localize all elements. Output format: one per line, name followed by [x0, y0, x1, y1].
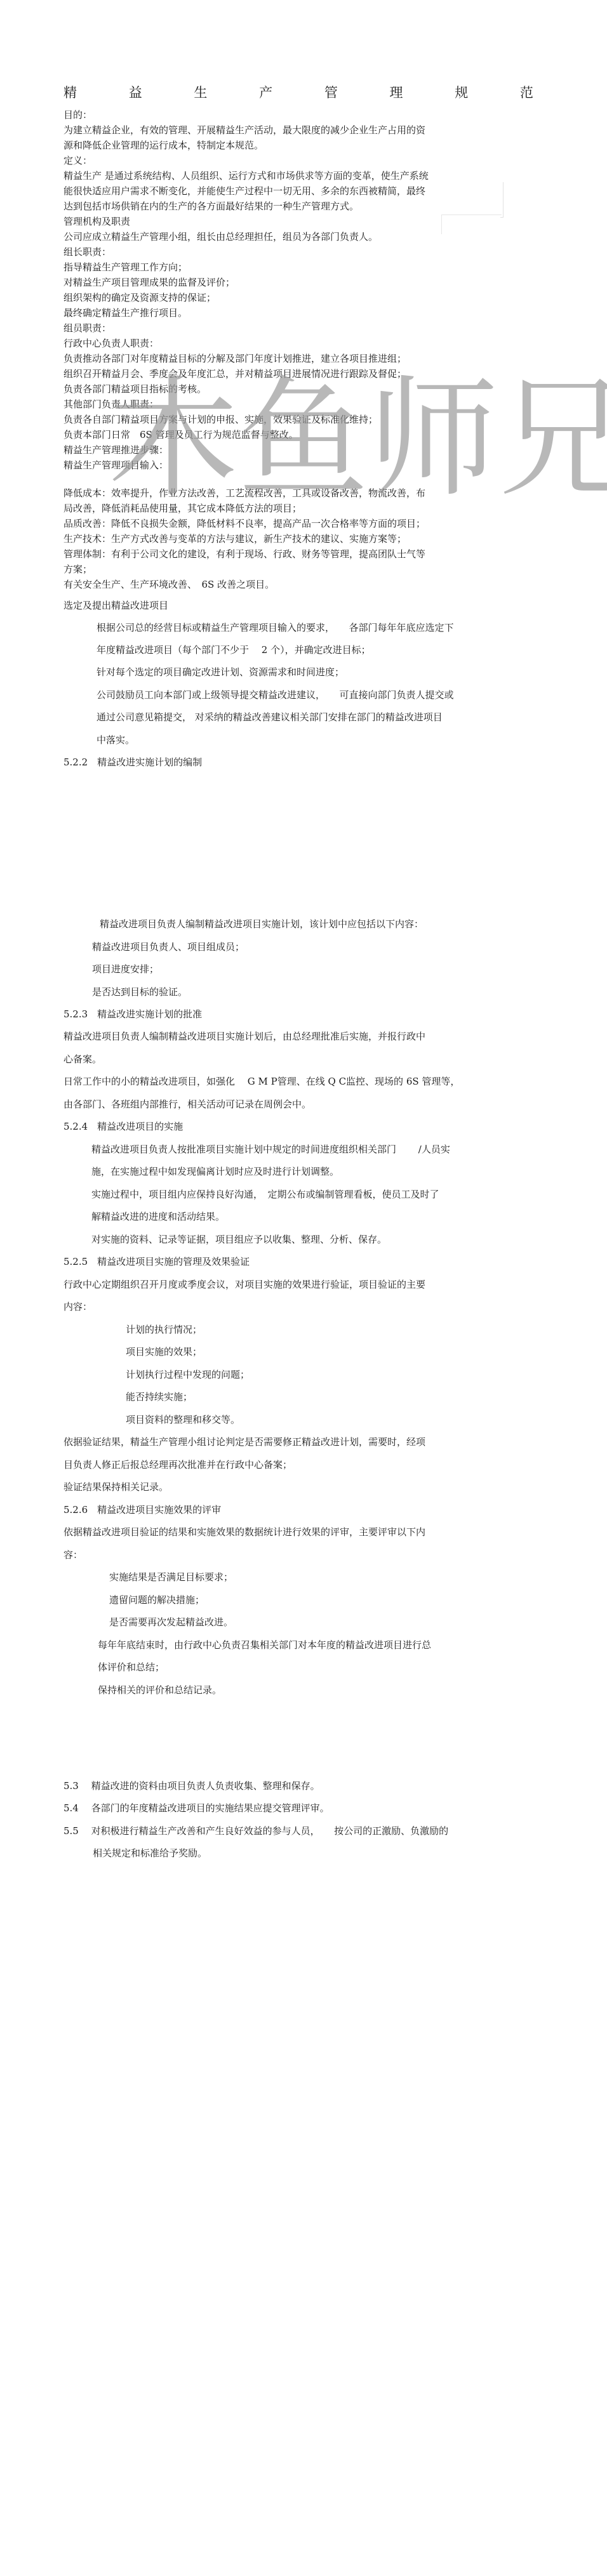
title-char: 产 — [259, 83, 272, 102]
text-line: 通过公司意见箱提交， 对采纳的精益改善建议相关部门安排在部门的精益改进项目 — [97, 711, 443, 723]
title-char: 规 — [455, 83, 468, 102]
text-line: 心备案。 — [63, 1053, 102, 1066]
text-line: 负责各部门精益项目指标的考核。 — [63, 383, 206, 395]
text-line: 容： — [63, 1549, 83, 1561]
text-line: 实施过程中，项目组内应保持良好沟通， 定期公布或编制管理看板，使员工及时了 — [91, 1188, 439, 1201]
text-line: 施，在实施过程中如发现偏离计划时应及时进行计划调整。 — [91, 1165, 339, 1178]
text-line: 目的： — [63, 109, 92, 121]
text-line: 保持相关的评价和总结记录。 — [98, 1684, 222, 1696]
text-line: 行政中心负责人职责： — [63, 337, 159, 350]
text-line: 组织召开精益月会、季度会及年度汇总，并对精益项目进展情况进行跟踪及督促； — [63, 367, 406, 380]
text-line: 对精益生产项目管理成果的监督及评价； — [63, 276, 235, 289]
text-line: 根据公司总的经营目标或精益生产管理项目输入的要求， 各部门每年年底应选定下 — [97, 621, 454, 634]
text-line: 是否达到目标的验证。 — [92, 986, 187, 998]
text-line: 体评价和总结； — [98, 1661, 164, 1674]
text-line: 年度精益改进项目（每个部门不少于 2 个），并确定改进目标； — [97, 644, 371, 656]
text-line: 5.2.3 精益改进实施计划的批准 — [63, 1008, 202, 1020]
title-char: 精 — [63, 83, 77, 102]
text-line: 公司鼓励员工向本部门或上级领导提交精益改进建议， 可直接向部门负责人提交或 — [97, 689, 454, 701]
text-line: 精益生产管理推进步骤： — [63, 444, 168, 456]
text-line: 日常工作中的小的精益改进项目，如强化 G M P管理、在线 Q C监控、现场的 … — [63, 1075, 460, 1088]
text-line: 能很快适应用户需求不断变化，并能使生产过程中一切无用、多余的东西被精简，最终 — [63, 185, 425, 197]
text-line: 项目进度安排； — [92, 963, 159, 975]
title-char: 理 — [390, 83, 403, 102]
text-line: 最终确定精益生产推行项目。 — [63, 307, 187, 319]
text-line: 管理机构及职责 — [63, 215, 130, 228]
text-line: 5.3 精益改进的资料由项目负责人负责收集、整理和保存。 — [63, 1780, 320, 1792]
text-line: 相关规定和标准给予奖励。 — [93, 1847, 207, 1859]
text-line: 5.5 对积极进行精益生产改善和产生良好效益的参与人员， 按公司的正激励、负激励… — [63, 1825, 448, 1837]
text-line: 计划执行过程中发现的问题； — [126, 1368, 250, 1381]
text-line: 依据验证结果，精益生产管理小组讨论判定是否需要修正精益改进计划，需要时，经项 — [63, 1436, 425, 1448]
title-char: 管 — [324, 83, 338, 102]
text-line: 对实施的资料、记录等证据，项目组应予以收集、整理、分析、保存。 — [91, 1233, 387, 1246]
text-line: 精益生产 是通过系统结构、人员组织、运行方式和市场供求等方面的变革，使生产系统 — [63, 169, 429, 182]
text-line: 其他部门负责人职责： — [63, 398, 159, 411]
title-char: 益 — [129, 83, 142, 102]
text-line: 品质改善：降低不良损失金额，降低材料不良率，提高产品一次合格率等方面的项目； — [63, 517, 425, 530]
text-line: 内容： — [63, 1300, 92, 1313]
text-line: 生产技术：生产方式改善与变革的方法与建议，新生产技术的建议、实施方案等； — [63, 532, 406, 545]
text-line: 选定及提出精益改进项目 — [63, 599, 168, 612]
text-line: 组织架构的确定及资源支持的保证； — [63, 291, 216, 304]
text-line: 精益改进项目负责人、项目组成员； — [92, 941, 244, 953]
text-line: 负责各自部门精益项目方案与计划的申报、实施，效果验证及标准化维持； — [63, 413, 378, 426]
text-line: 定义： — [63, 154, 92, 167]
text-line: 中落实。 — [97, 734, 135, 746]
text-line: 组长职责： — [63, 246, 111, 258]
text-line: 公司应成立精益生产管理小组，组长由总经理担任，组员为各部门负责人。 — [63, 230, 378, 243]
document-page: 精益生产管理规范 目的：为建立精益企业，有效的管理、开展精益生产活动，最大限度的… — [0, 0, 607, 2576]
text-line: 项目资料的整理和移交等。 — [126, 1413, 240, 1426]
text-line: 管理体制：有利于公司文化的建设，有利于现场、行政、财务等管理，提高团队士气等 — [63, 548, 425, 560]
text-line: 实施结果是否满足目标要求； — [109, 1571, 233, 1583]
text-line: 遗留问题的解决措施； — [109, 1594, 204, 1606]
title-char: 范 — [520, 83, 533, 102]
text-line: 5.2.5 精益改进项目实施的管理及效果验证 — [63, 1255, 250, 1268]
text-line: 由各部门、各班组内部推行，相关活动可记录在周例会中。 — [63, 1098, 311, 1111]
text-line: 源和降低企业管理的运行成本，特制定本规范。 — [63, 139, 263, 152]
text-line: 局改善，降低消耗品使用量，其它成本降低方法的项目； — [63, 502, 302, 515]
text-line: 验证结果保持相关记录。 — [63, 1481, 168, 1493]
text-line: 方案； — [63, 563, 92, 576]
text-line: 5.2.4 精益改进项目的实施 — [63, 1120, 183, 1133]
text-line: 项目实施的效果； — [126, 1345, 202, 1358]
text-line: 精益改进项目负责人编制精益改进项目实施计划，该计划中应包括以下内容： — [100, 918, 424, 930]
text-line: 5.2.2 精益改进实施计划的编制 — [63, 756, 202, 769]
text-line: 达到包括市场供销在内的生产的各方面最好结果的一种生产管理方式。 — [63, 200, 359, 213]
text-line: 目负责人修正后报总经理再次批准并在行政中心备案； — [63, 1458, 292, 1471]
text-line: 是否需要再次发起精益改进。 — [109, 1616, 233, 1628]
text-line: 精益改进项目负责人编制精益改进项目实施计划后，由总经理批准后实施，并报行政中 — [63, 1030, 425, 1043]
text-line: 计划的执行情况； — [126, 1323, 202, 1336]
text-line: 5.4 各部门的年度精益改进项目的实施结果应提交管理评审。 — [63, 1802, 330, 1814]
watermark-char: 兄 — [498, 371, 607, 508]
text-line: 负责推动各部门对年度精益目标的分解及部门年度计划推进，建立各项目推进组； — [63, 352, 406, 365]
text-line: 针对每个选定的项目确定改进计划、资源需求和时间进度； — [97, 666, 344, 678]
text-line: 负责本部门日常 6S 管理及员工行为规范监督与整改。 — [63, 428, 298, 441]
title-char: 生 — [194, 83, 207, 102]
text-line: 降低成本：效率提升，作业方法改善，工艺流程改善，工具或设备改善，物流改善，布 — [63, 487, 425, 499]
text-line: 能否持续实施； — [126, 1390, 192, 1403]
text-line: 有关安全生产、生产环境改善、 6S 改善之项目。 — [63, 578, 274, 591]
text-line: 每年年底结束时，由行政中心负责召集相关部门对本年度的精益改进项目进行总 — [98, 1639, 431, 1651]
text-line: 行政中心定期组织召开月度或季度会议，对项目实施的效果进行验证，项目验证的主要 — [63, 1278, 425, 1291]
comment-box-border-lower — [441, 215, 502, 234]
document-title: 精益生产管理规范 — [63, 83, 533, 102]
text-line: 精益改进项目负责人按批准项目实施计划中规定的时间进度组织相关部门 /人员实 — [91, 1143, 450, 1156]
text-line: 5.2.6 精益改进项目实施效果的评审 — [63, 1503, 221, 1516]
text-line: 为建立精益企业，有效的管理、开展精益生产活动，最大限度的减少企业生产占用的资 — [63, 124, 425, 136]
text-line: 指导精益生产管理工作方向； — [63, 261, 187, 274]
text-line: 精益生产管理项目输入： — [63, 459, 168, 472]
text-line: 组员职责： — [63, 322, 111, 334]
text-line: 依据精益改进项目验证的结果和实施效果的数据统计进行效果的评审，主要评审以下内 — [63, 1526, 425, 1538]
comment-box-border — [500, 182, 504, 218]
text-line: 解精益改进的进度和活动结果。 — [91, 1210, 225, 1223]
